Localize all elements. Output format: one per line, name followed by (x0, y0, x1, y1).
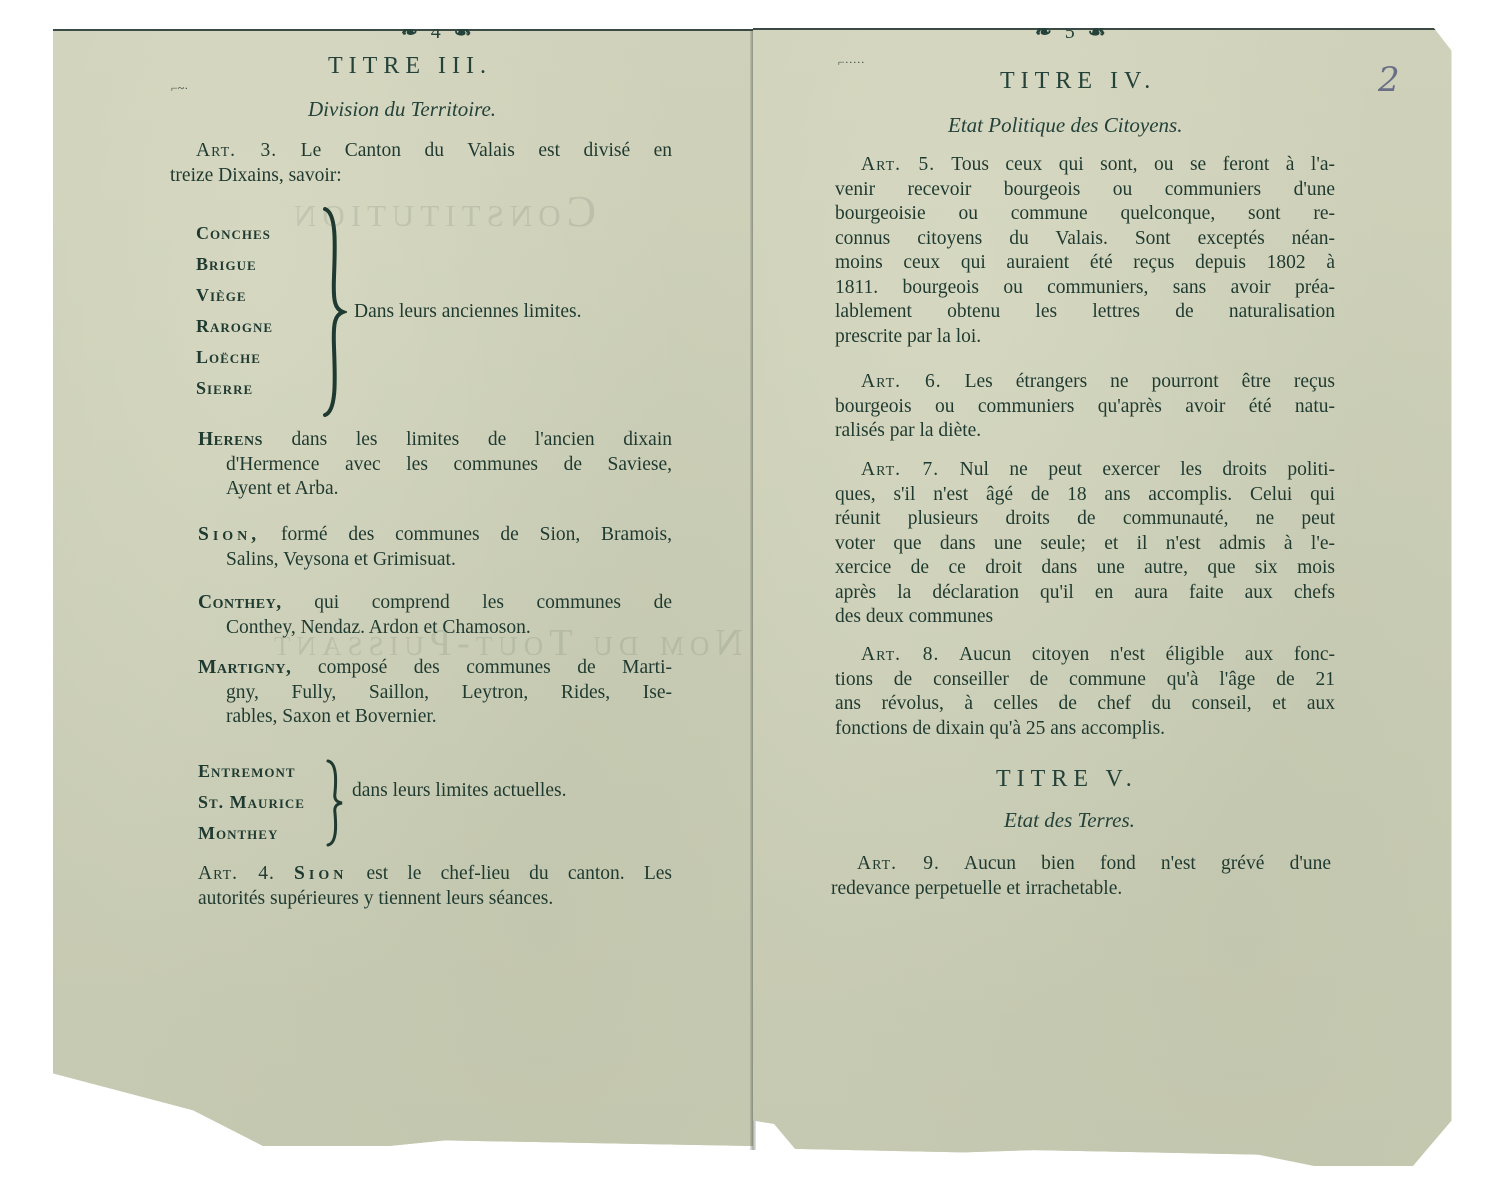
article-label: Art. 6. (861, 371, 942, 392)
dixain-item: Conches (196, 218, 273, 249)
page-number-left: ❧ 4 ☙ (401, 19, 476, 44)
brace-note-current: dans leurs limites actuelles. (352, 780, 566, 802)
dixain-item: Sierre (196, 373, 273, 404)
article-5: Art. 5. Tous ceux qui sont, ou se feront… (835, 153, 1335, 349)
page-number-right: ❧ 5 ☙ (1035, 19, 1110, 44)
dixain-list-current: Entremont St. Maurice Monthey (198, 756, 305, 849)
article-8: Art. 8. Aucun citoyen n'est éligible aux… (835, 643, 1335, 741)
article-label: Art. 7. (861, 459, 939, 480)
titre-iv-subtitle: Etat Politique des Citoyens. (948, 113, 1182, 138)
article-label: Art. 3. (196, 140, 277, 161)
article-label: Art. 5. (861, 154, 935, 175)
dixain-sion: Sion, formé des communes de Sion, Bramoi… (198, 523, 672, 572)
brace-note-ancient: Dans leurs anciennes limites. (354, 301, 581, 323)
article-9: Art. 9. Aucun bien fond n'est grévé d'un… (831, 852, 1331, 901)
ink-smudge: ⌐~· (171, 81, 188, 96)
article-7: Art. 7. Nul ne peut exercer les droits p… (835, 458, 1335, 630)
left-page: Constitution Au Nom du Tout-Puissant ❧ 4… (53, 29, 753, 1146)
dixain-item: Monthey (198, 818, 305, 849)
dixain-conthey: Conthey, qui comprend les communes de Co… (198, 591, 672, 640)
ink-smudge: ⌐····· (838, 55, 865, 70)
article-4: Art. 4. Sion est le chef-lieu du canton.… (198, 862, 672, 911)
dixain-list-ancient: Conches Brigue Viège Rarogne Loëche Sier… (196, 218, 273, 404)
titre-v-heading: TITRE V. (996, 766, 1138, 793)
article-label: Art. 8. (861, 644, 939, 665)
dixain-herens: Herens dans les limites de l'ancien dixa… (198, 428, 672, 502)
titre-iii-heading: TITRE III. (328, 53, 492, 80)
pencil-annotation: 2 (1378, 60, 1400, 100)
curly-brace-icon (325, 759, 345, 847)
dixain-martigny: Martigny, composé des communes de Marti-… (198, 656, 672, 730)
titre-iv-heading: TITRE IV. (1000, 68, 1156, 95)
titre-iii-subtitle: Division du Territoire. (308, 97, 496, 122)
titre-v-subtitle: Etat des Terres. (1004, 808, 1135, 833)
right-page: ❧ 5 ☙ ⌐····· 2 TITRE IV. Etat Politique … (753, 28, 1455, 1166)
dixain-item: Rarogne (196, 311, 273, 342)
dixain-item: Brigue (196, 249, 273, 280)
dixain-item: Loëche (196, 342, 273, 373)
dixain-item: St. Maurice (198, 787, 305, 818)
article-label: Art. 9. (857, 853, 940, 874)
dixain-item: Entremont (198, 756, 305, 787)
article-label: Art. 4. (198, 863, 275, 884)
article-6: Art. 6. Les étrangers ne pourront être r… (835, 370, 1335, 444)
article-3: Art. 3. Le Canton du Valais est divisé e… (170, 139, 672, 188)
curly-brace-icon (321, 207, 347, 417)
dixain-item: Viège (196, 280, 273, 311)
